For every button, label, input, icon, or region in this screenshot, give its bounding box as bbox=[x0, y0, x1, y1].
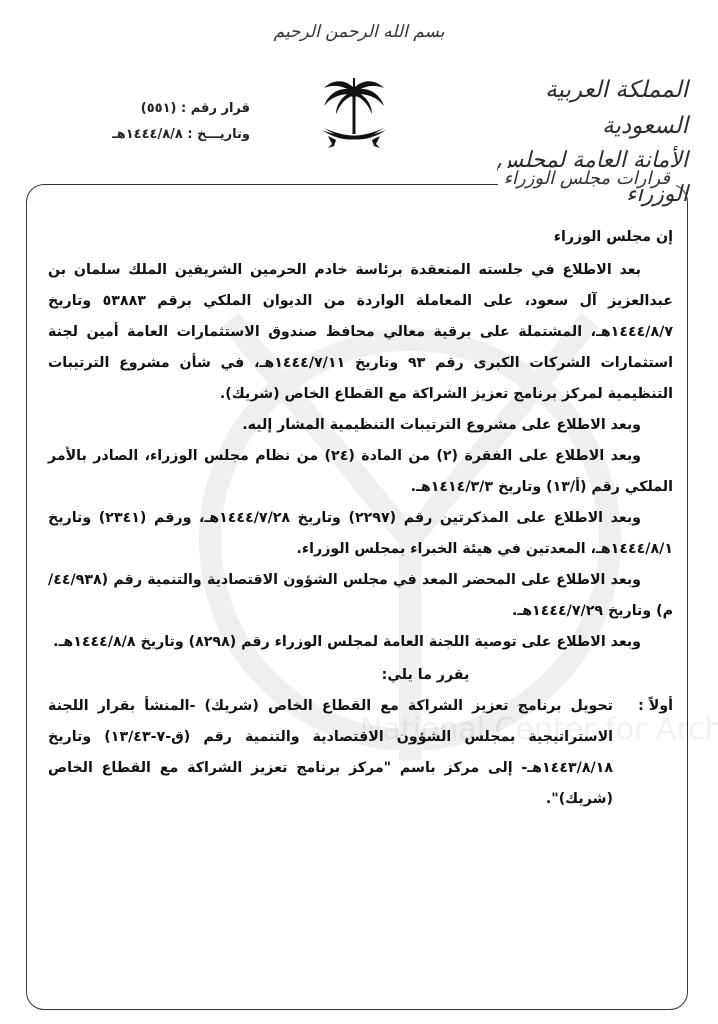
paragraph-6: وبعد الاطلاع على توصية اللجنة العامة لمج… bbox=[48, 627, 673, 658]
paragraph-1: بعد الاطلاع في جلسته المنعقدة برئاسة خاد… bbox=[48, 255, 673, 410]
decides-heading: يقرر ما يلي: bbox=[48, 660, 673, 691]
decision-number-row: قرار رقم : (٥٥١) bbox=[120, 96, 250, 122]
paragraph-5: وبعد الاطلاع على المحضر المعد في مجلس ال… bbox=[48, 565, 673, 627]
document-body: إن مجلس الوزراء بعد الاطلاع في جلسته الم… bbox=[48, 222, 673, 815]
clause-first: أولاً : تحويل برنامج تعزيز الشراكة مع ال… bbox=[48, 691, 673, 815]
clause-number: أولاً : bbox=[613, 691, 673, 815]
org-kingdom-name: المملكة العربية السعودية bbox=[488, 72, 688, 144]
decision-number: (٥٥١) bbox=[141, 101, 177, 116]
decision-date-label: وتاريـــخ : bbox=[187, 127, 250, 142]
saudi-emblem-icon bbox=[318, 72, 390, 156]
paragraph-2: وبعد الاطلاع على مشروع الترتيبات التنظيم… bbox=[48, 410, 673, 441]
frame-label: قرارات مجلس الوزراء bbox=[498, 168, 676, 189]
decision-date-row: وتاريـــخ : ١٤٤٤/٨/٨هـ bbox=[120, 122, 250, 148]
decision-number-label: قرار رقم : bbox=[181, 101, 250, 116]
decision-date: ١٤٤٤/٨/٨هـ bbox=[112, 127, 183, 142]
basmala: بسم الله الرحمن الرحيم bbox=[0, 22, 718, 42]
decision-meta: قرار رقم : (٥٥١) وتاريـــخ : ١٤٤٤/٨/٨هـ bbox=[120, 96, 250, 148]
paragraph-4: وبعد الاطلاع على المذكرتين رقم (٢٢٩٧) وت… bbox=[48, 503, 673, 565]
body-heading: إن مجلس الوزراء bbox=[48, 222, 673, 253]
clause-text: تحويل برنامج تعزيز الشراكة مع القطاع الخ… bbox=[48, 691, 613, 815]
paragraph-3: وبعد الاطلاع على الفقرة (٢) من المادة (٢… bbox=[48, 441, 673, 503]
